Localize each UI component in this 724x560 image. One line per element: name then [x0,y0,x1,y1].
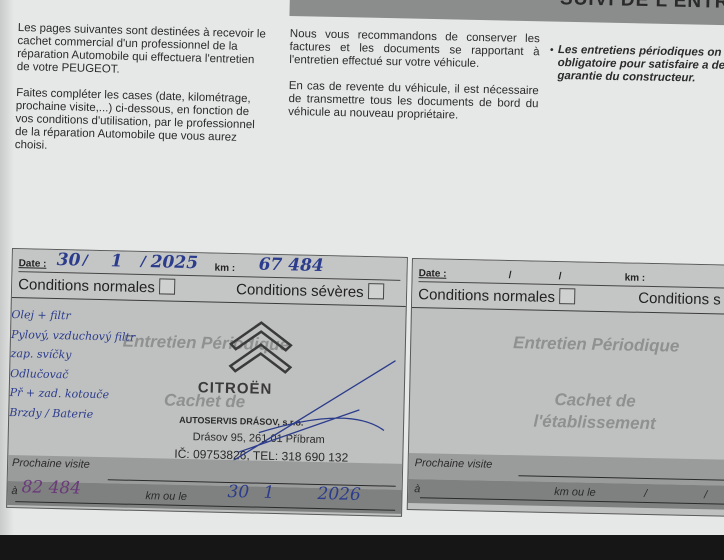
next-visit-values-row: à km ou le / / [408,479,724,510]
record-header: Date : / / km : Conditions normales Cond… [412,259,724,315]
watermark-entretien: Entretien Périodique [471,332,721,357]
watermark-etablissement: l'établissement [469,410,719,435]
condition-normal-label: Conditions normales [18,276,155,296]
date-km-row: Date : / / km : [418,263,724,289]
condition-normal-label: Conditions normales [418,286,555,306]
service-item: Olej + filtr [11,305,136,327]
intro-paragraph: Nous vous recommandons de conserver les … [289,28,540,72]
maintenance-record-empty: Date : / / km : Conditions normales Cond… [407,258,724,517]
record-header: Date : 30 / 1 / 2025 km : 67 484 Conditi… [12,249,407,307]
service-items-list: Olej + filtr Pylový, vzduchový filtr zap… [9,305,136,425]
next-visit-label: Prochaine visite [12,457,90,471]
condition-severe-label: Conditions sévères [236,281,364,301]
at-label: à [414,483,420,495]
km-label: km : [625,272,646,283]
km-field[interactable]: 67 484 [258,255,323,276]
date-day-field[interactable]: 30 [57,250,81,271]
warranty-note: Les entretiens périodiques on obligatoir… [557,44,724,84]
km-or-label: km ou le [554,486,596,499]
service-item: Brzdy / Baterie [9,402,134,424]
intro-paragraph: En cas de revente du véhicule, il est né… [288,80,539,124]
next-visit-values-row: à 82 484 km ou le 30 1 2026 [7,481,401,514]
intro-paragraph: Les pages suivantes sont destinées à rec… [17,22,268,81]
service-booklet-page: SUIVI DE L'ENTR Les pages suivantes sont… [0,0,724,545]
next-visit-label: Prochaine visite [415,457,493,471]
next-date-year-field[interactable]: 2026 [317,484,361,505]
next-date-day-field[interactable]: 30 [227,482,249,502]
background-surface [0,535,724,560]
intro-column-3: • Les entretiens périodiques on obligato… [557,44,724,86]
date-label: Date : [419,268,447,280]
date-month-field[interactable]: 1 [110,251,122,271]
at-label: à [11,485,17,497]
date-label: Date : [19,258,47,270]
dealer-stamp: CITROËN AUTOSERVIS DRÁSOV, s.r.o. Drásov… [178,311,382,475]
km-label: km : [214,263,235,274]
next-km-field[interactable]: 82 484 [21,477,81,498]
intro-paragraph: Faites compléter les cases (date, kilomé… [15,87,267,159]
km-or-label: km ou le [145,490,187,503]
condition-normal-checkbox[interactable] [559,288,575,304]
intro-column-1: Les pages suivantes sont destinées à rec… [14,22,268,171]
signature [198,351,401,476]
condition-severe: Conditions s [638,290,721,309]
condition-normal: Conditions normales [18,275,175,297]
condition-normal-checkbox[interactable] [159,278,175,294]
next-date-month-field[interactable]: 1 [263,483,274,503]
condition-severe-checkbox[interactable] [368,283,384,299]
service-item: zap. svíčky [10,344,135,366]
condition-normal: Conditions normales [418,285,575,306]
service-item: Př + zad. kotouče [9,383,134,405]
watermark-cachet: Cachet de [470,388,720,413]
condition-severe-label: Conditions s [638,290,721,309]
condition-severe: Conditions sévères [236,280,384,301]
bullet-icon: • [550,44,554,57]
date-year-field[interactable]: 2025 [150,252,198,273]
intro-column-2: Nous vous recommandons de conserver les … [288,28,540,137]
conditions-row: Conditions normales Conditions s [418,285,724,312]
maintenance-record-filled: Date : 30 / 1 / 2025 km : 67 484 Conditi… [6,248,408,517]
